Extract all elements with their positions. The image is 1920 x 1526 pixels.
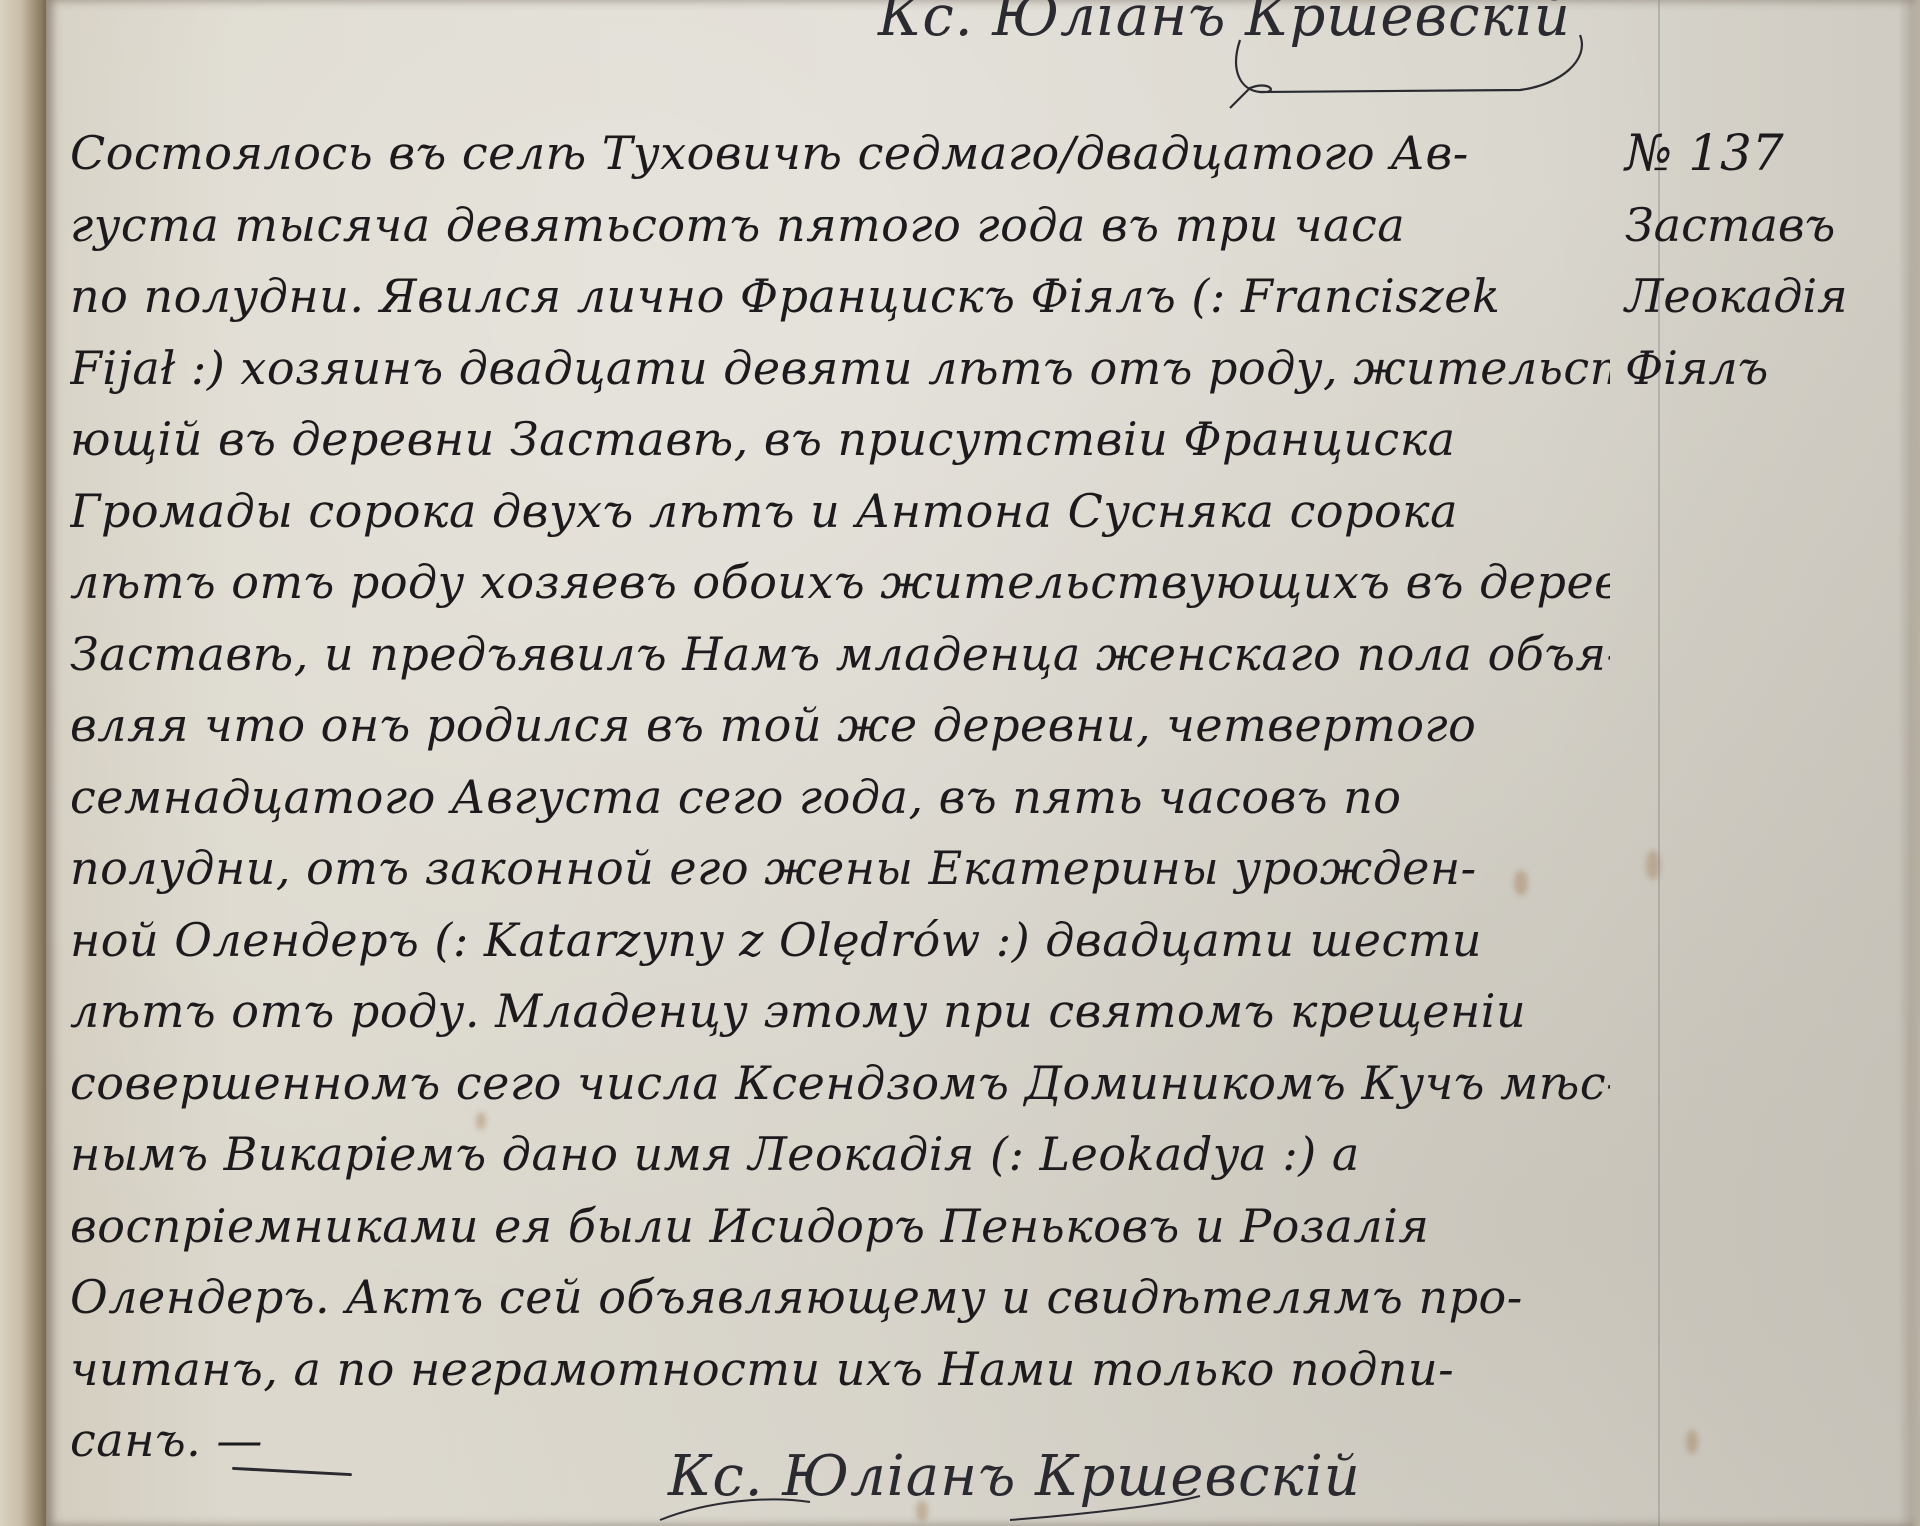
margin-child-first-name: Леокадія bbox=[1625, 261, 1895, 333]
body-line-9: вляя что онъ родился въ той же деревни, … bbox=[70, 690, 1610, 762]
signature-flourish-icon bbox=[650, 1490, 1210, 1526]
body-line-11: полудни, отъ законной его жены Екатерины… bbox=[70, 833, 1610, 905]
page-right-edge bbox=[1898, 0, 1920, 1526]
body-line-1: Состоялось въ селѣ Туховичѣ седмаго/двад… bbox=[70, 118, 1610, 190]
body-line-4: Fijał :) хозяинъ двадцати девяти лѣтъ от… bbox=[70, 333, 1610, 405]
body-line-12: ной Олендеръ (: Katarzyny z Olędrów :) д… bbox=[70, 905, 1610, 977]
body-line-10: семнадцатого Августа сего года, въ пять … bbox=[70, 762, 1610, 834]
body-line-18: читанъ, а по неграмотности ихъ Нами толь… bbox=[70, 1334, 1610, 1406]
document-photo: Кс. Юліанъ Кршевскій Состоялось въ селѣ … bbox=[0, 0, 1920, 1526]
paper-stain bbox=[1686, 1430, 1698, 1454]
margin-child-surname: Фіялъ bbox=[1625, 333, 1895, 405]
body-line-16: воспріемниками ея были Исидоръ Пеньковъ … bbox=[70, 1191, 1610, 1263]
book-binding-gutter bbox=[0, 0, 52, 1526]
signature-flourish-icon bbox=[1220, 20, 1600, 110]
margin-column: № 137 Заставъ Леокадія Фіялъ bbox=[1625, 118, 1895, 404]
body-line-15: нымъ Викаріемъ дано имя Леокадія (: Leok… bbox=[70, 1119, 1610, 1191]
body-line-7: лѣтъ отъ роду хозяевъ обоихъ жительствую… bbox=[70, 547, 1610, 619]
entry-body: Состоялось въ селѣ Туховичѣ седмаго/двад… bbox=[70, 118, 1610, 1477]
body-line-13: лѣтъ отъ роду. Младенцу этому при святом… bbox=[70, 976, 1610, 1048]
body-line-5: ющій въ деревни Заставѣ, въ присутствіи … bbox=[70, 404, 1610, 476]
body-line-2: густа тысяча девятьсотъ пятого года въ т… bbox=[70, 190, 1610, 262]
body-line-14: совершенномъ сего числа Ксендзомъ Домини… bbox=[70, 1048, 1610, 1120]
body-line-17: Олендеръ. Актъ сей объявляющему и свидѣт… bbox=[70, 1262, 1610, 1334]
body-line-6: Громады сорока двухъ лѣтъ и Антона Сусня… bbox=[70, 476, 1610, 548]
body-line-8: Заставѣ, и предъявилъ Намъ младенца женс… bbox=[70, 619, 1610, 691]
body-line-3: по полудни. Явился лично Францискъ Фіялъ… bbox=[70, 261, 1610, 333]
paper-stain bbox=[1646, 850, 1660, 880]
act-number: № 137 bbox=[1625, 118, 1895, 190]
margin-village: Заставъ bbox=[1625, 190, 1895, 262]
